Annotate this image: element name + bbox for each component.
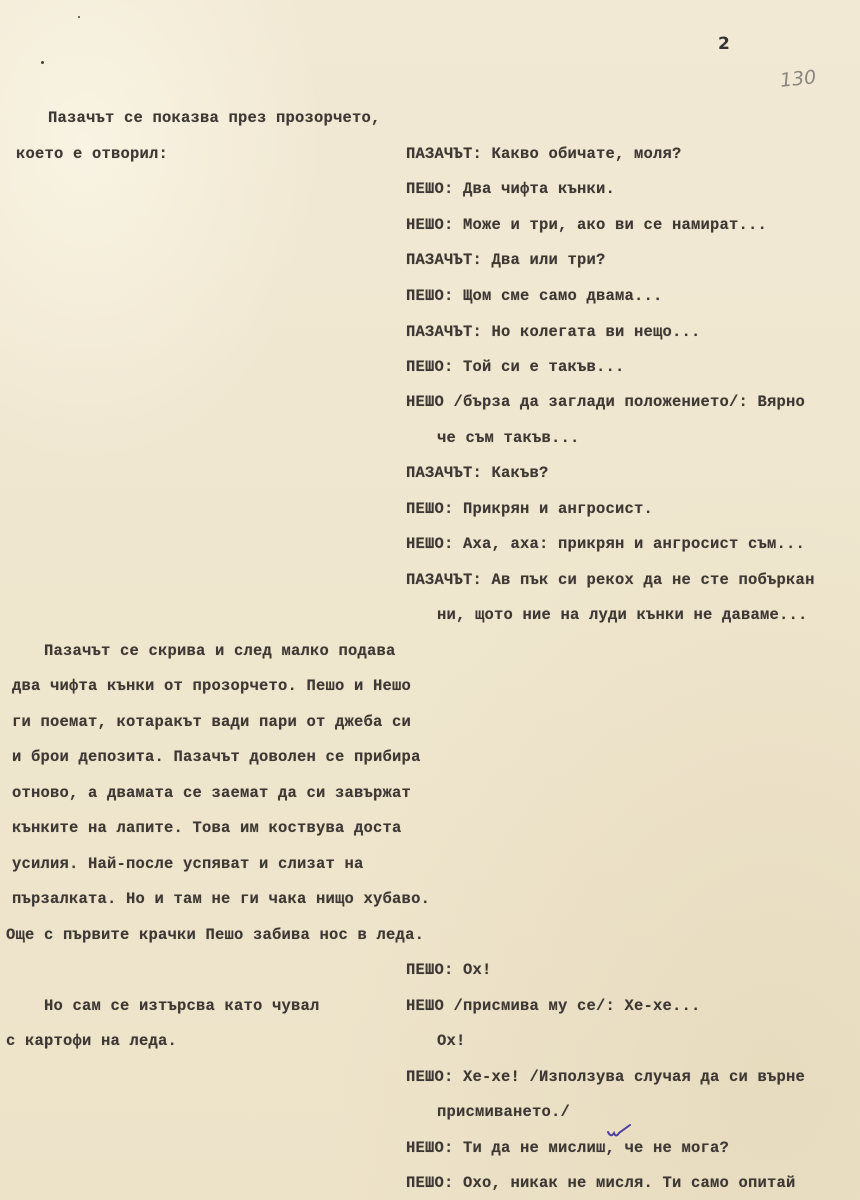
dialogue-line: ПЕШО: Хе-хе! /Използува случая да си вър… — [406, 1068, 805, 1086]
page-number: 2 — [718, 34, 730, 54]
stage-direction-line: Пазачът се показва през прозорчето, — [48, 109, 381, 127]
narration-line: с картофи на леда. — [6, 1032, 177, 1050]
dialogue-line: ни, щото ние на луди кънки не даваме... — [437, 606, 808, 624]
dialogue-line: НЕШО: Може и три, ако ви се намират... — [406, 216, 767, 234]
dialogue-line: ПАЗАЧЪТ: Какво обичате, моля? — [406, 145, 682, 163]
dialogue-line: ПАЗАЧЪТ: Но колегата ви нещо... — [406, 323, 701, 341]
dialogue-line: НЕШО: Аха, аха: прикрян и ангросист съм.… — [406, 535, 805, 553]
dialogue-line: НЕШО: Ти да не мислиш, че не мога? — [406, 1139, 729, 1157]
narration-line: отново, а двамата се заемат да си завърж… — [12, 784, 411, 802]
narration-line: Пазачът се скрива и след малко подава — [44, 642, 396, 660]
dialogue-line: ПЕШО: Той си е такъв... — [406, 358, 625, 376]
dialogue-line: присмиването./ — [437, 1103, 570, 1121]
narration-line: Но сам се изтърсва като чувал — [44, 997, 320, 1015]
dialogue-line: ПАЗАЧЪТ: Ав пък си рекох да не сте побър… — [406, 571, 815, 589]
typewritten-page: 2 130 Пазачът се показва през прозорчето… — [0, 0, 860, 1200]
dialogue-line: ПЕШО: Ох! — [406, 961, 492, 979]
dialogue-line: че съм такъв... — [437, 429, 580, 447]
dialogue-line: ПЕШО: Щом сме само двама... — [406, 287, 663, 305]
narration-line: два чифта кънки от прозорчето. Пешо и Не… — [12, 677, 411, 695]
narration-line: и брои депозита. Пазачът доволен се приб… — [12, 748, 421, 766]
dialogue-line: ПАЗАЧЪТ: Какъв? — [406, 464, 549, 482]
narration-line: Още с първите крачки Пешо забива нос в л… — [6, 926, 424, 944]
dialogue-line: ПЕШО: Прикрян и ангросист. — [406, 500, 653, 518]
dialogue-line: НЕШО /присмива му се/: Хе-хе... — [406, 997, 701, 1015]
paper-speck — [78, 16, 80, 18]
narration-line: пързалката. Но и там не ги чака нищо хуб… — [12, 890, 430, 908]
dialogue-line: Ох! — [437, 1032, 466, 1050]
paper-speck — [41, 61, 44, 64]
stage-direction-line: което е отворил: — [16, 145, 168, 163]
narration-line: усилия. Най-после успяват и слизат на — [12, 855, 364, 873]
handwritten-archive-number: 130 — [779, 66, 817, 92]
narration-line: кънките на лапите. Това им коствува дост… — [12, 819, 402, 837]
dialogue-line: НЕШО /бърза да заглади положението/: Вяр… — [406, 393, 805, 411]
dialogue-line: ПЕШО: Два чифта кънки. — [406, 180, 615, 198]
dialogue-line: ПЕШО: Охо, никак не мисля. Ти само опита… — [406, 1174, 796, 1192]
narration-line: ги поемат, котаракът вади пари от джеба … — [12, 713, 411, 731]
dialogue-line: ПАЗАЧЪТ: Два или три? — [406, 251, 606, 269]
handwritten-correction-mark — [606, 1124, 634, 1146]
